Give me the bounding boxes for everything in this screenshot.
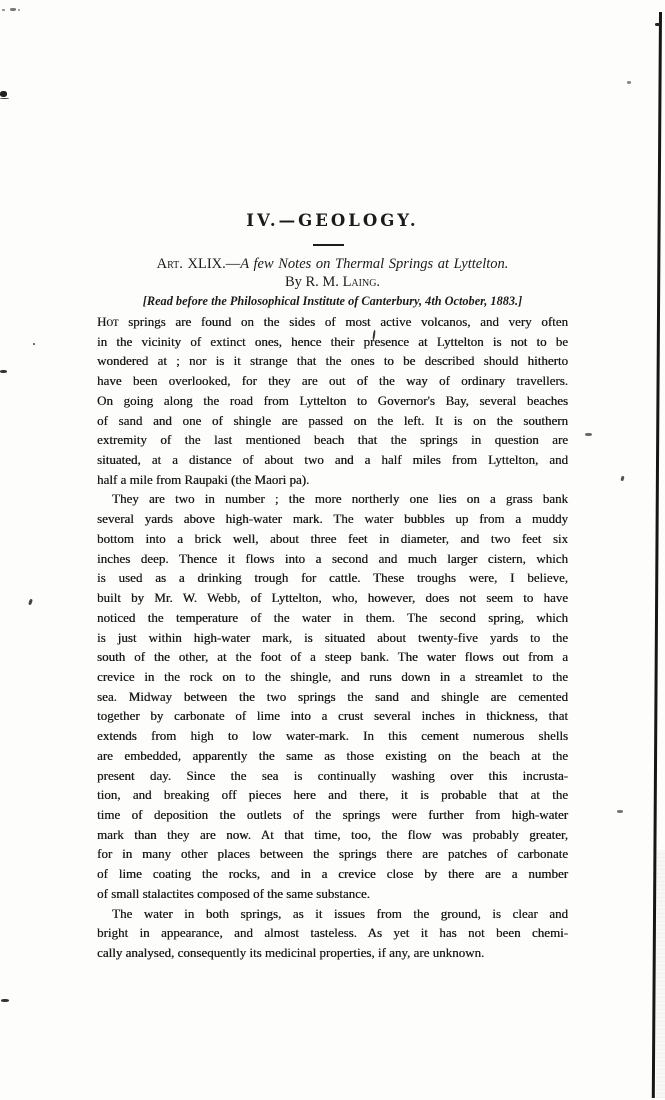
text-line: have been overlooked, for they are out o…	[97, 371, 568, 391]
text-line: present day. Since the sea is continuall…	[97, 766, 568, 786]
article-heading: Art. XLIX.—A few Notes on Thermal Spring…	[0, 256, 665, 273]
text-line: mark than they are now. At that time, to…	[97, 825, 568, 845]
text-line: south of the other, at the foot of a ste…	[97, 647, 568, 667]
read-before-note: [Read before the Philosophical Institute…	[0, 294, 665, 309]
scan-artifact	[585, 433, 592, 436]
text-line: for in many other places between the spr…	[97, 844, 568, 864]
text-line: several yards above high-water mark. The…	[97, 509, 568, 529]
body-text: Hot springs are found on the sides of mo…	[97, 312, 568, 963]
text-line: bottom into a brick well, about three fe…	[97, 529, 568, 549]
scan-artifact	[10, 8, 16, 11]
scan-artifact	[18, 9, 20, 11]
scan-artifact	[617, 810, 623, 813]
text-line: is used as a drinking trough for cattle.…	[97, 568, 568, 588]
byline-author-name: Laing.	[343, 274, 380, 290]
scan-artifact	[0, 91, 7, 97]
article-number: Art. XLIX.—	[157, 256, 241, 272]
scan-artifact	[0, 98, 9, 99]
text-line: extremity of the last mentioned beach th…	[97, 430, 568, 450]
scan-artifact	[33, 343, 35, 345]
scan-artifact	[0, 370, 7, 373]
text-line: They are two in number ; the more northe…	[97, 489, 568, 509]
page-edge-texture	[656, 850, 665, 1098]
text-line: crevice in the rock on to the shingle, a…	[97, 667, 568, 687]
article-byline: By R. M. Laing.	[0, 274, 665, 291]
heading-divider-rule	[313, 244, 344, 246]
text-line: time of deposition the outlets of the sp…	[97, 805, 568, 825]
text-line: built by Mr. W. Webb, of Lyttelton, who,…	[97, 588, 568, 608]
text-line: of lime coating the rocks, and in a crev…	[97, 864, 568, 884]
scan-artifact	[627, 81, 631, 84]
text-line: of small stalactites composed of the sam…	[97, 884, 568, 904]
text-line: wondered at ; nor is it strange that the…	[97, 351, 568, 371]
text-line: Hot springs are found on the sides of mo…	[97, 312, 568, 332]
text-line: in the vicinity of extinct ones, hence t…	[97, 332, 568, 352]
text-line: of sand and one of shingle are passed on…	[97, 411, 568, 431]
scan-artifact	[28, 599, 33, 606]
scan-artifact	[2, 9, 5, 11]
scanned-page: { "page": { "section_heading": "IV.—GEOL…	[0, 0, 665, 1100]
scan-artifact	[655, 23, 660, 26]
byline-prefix: By R. M.	[285, 274, 343, 290]
scan-artifact	[620, 476, 624, 482]
text-line: is just within high-water mark, is situa…	[97, 628, 568, 648]
text-line: On going along the road from Lyttelton t…	[97, 391, 568, 411]
text-line: tion, and breaking off pieces here and t…	[97, 785, 568, 805]
text-line: half a mile from Raupaki (the Maori pa).	[97, 470, 568, 490]
text-line: sea. Midway between the two springs the …	[97, 687, 568, 707]
text-line: bright in appearance, and almost tastele…	[97, 923, 568, 943]
article-title: A few Notes on Thermal Springs at Lyttel…	[240, 256, 508, 272]
lead-word: Hot	[97, 314, 118, 329]
text-line: situated, at a distance of about two and…	[97, 450, 568, 470]
text-line: together by carbonate of lime into a cru…	[97, 706, 568, 726]
scan-artifact	[1, 999, 9, 1002]
text-line: are embedded, apparently the same as tho…	[97, 746, 568, 766]
text-line: noticed the temperature of the water in …	[97, 608, 568, 628]
section-heading: IV.—GEOLOGY.	[0, 211, 665, 230]
text-line: inches deep. Thence it flows into a seco…	[97, 549, 568, 569]
text-line: extends from high to low water-mark. In …	[97, 726, 568, 746]
text-line: cally analysed, consequently its medicin…	[97, 943, 568, 963]
text-line: The water in both springs, as it issues …	[97, 904, 568, 924]
